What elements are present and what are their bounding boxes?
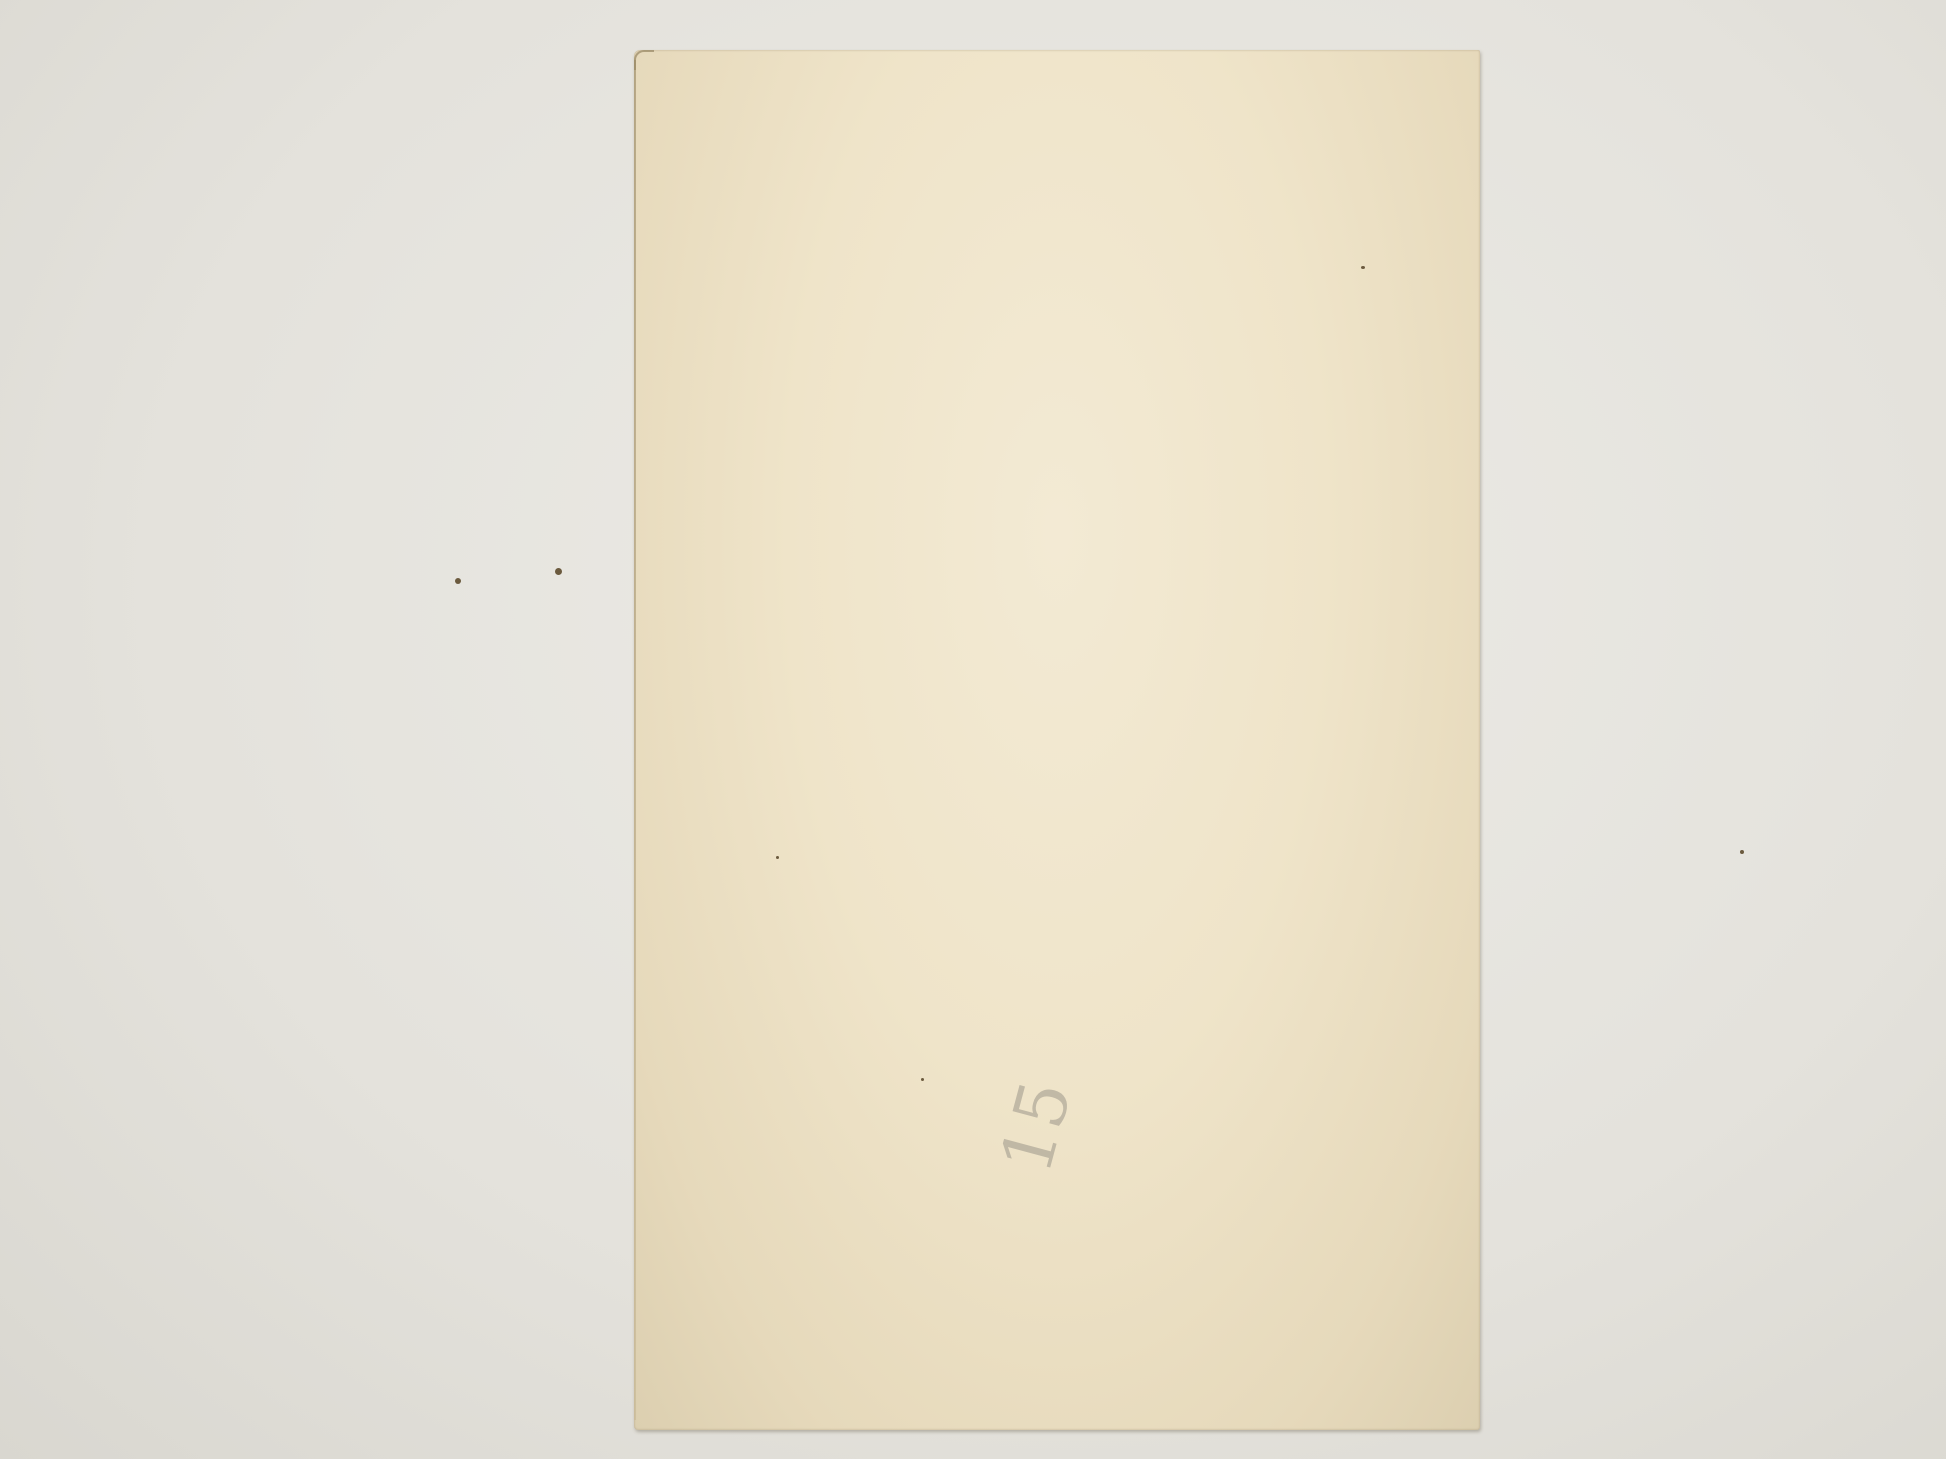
blank-card	[634, 50, 1480, 1430]
card-speck	[776, 856, 779, 859]
card-speck	[1361, 266, 1365, 269]
photo-scene: 15	[0, 0, 1946, 1459]
card-left-edge	[634, 60, 636, 1420]
dust-speck	[1740, 850, 1744, 854]
card-speck	[921, 1078, 924, 1081]
dust-speck	[455, 578, 461, 584]
dust-speck	[555, 568, 562, 575]
